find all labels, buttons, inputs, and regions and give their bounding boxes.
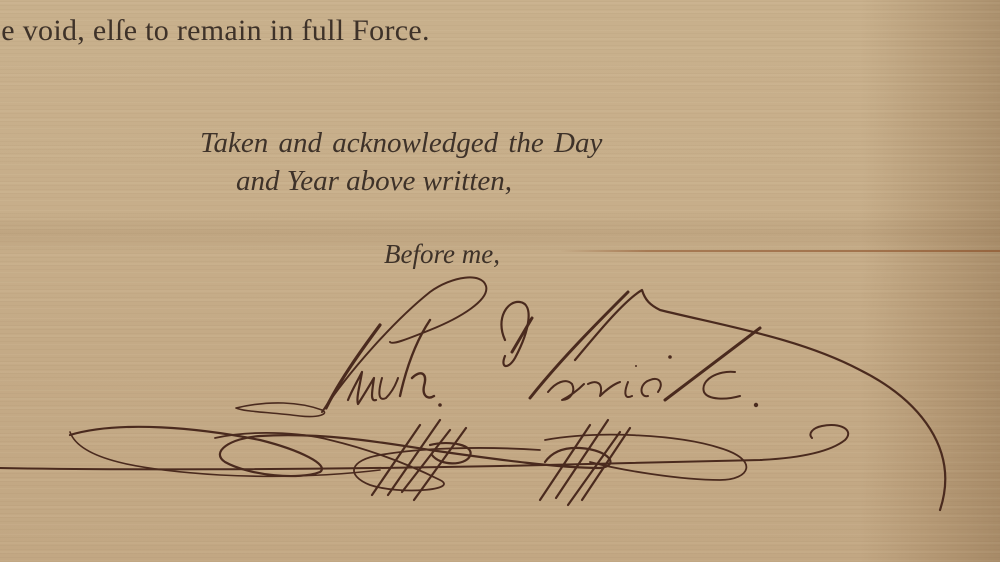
handwritten-signature: Rich d. Varick. [0, 0, 1000, 562]
